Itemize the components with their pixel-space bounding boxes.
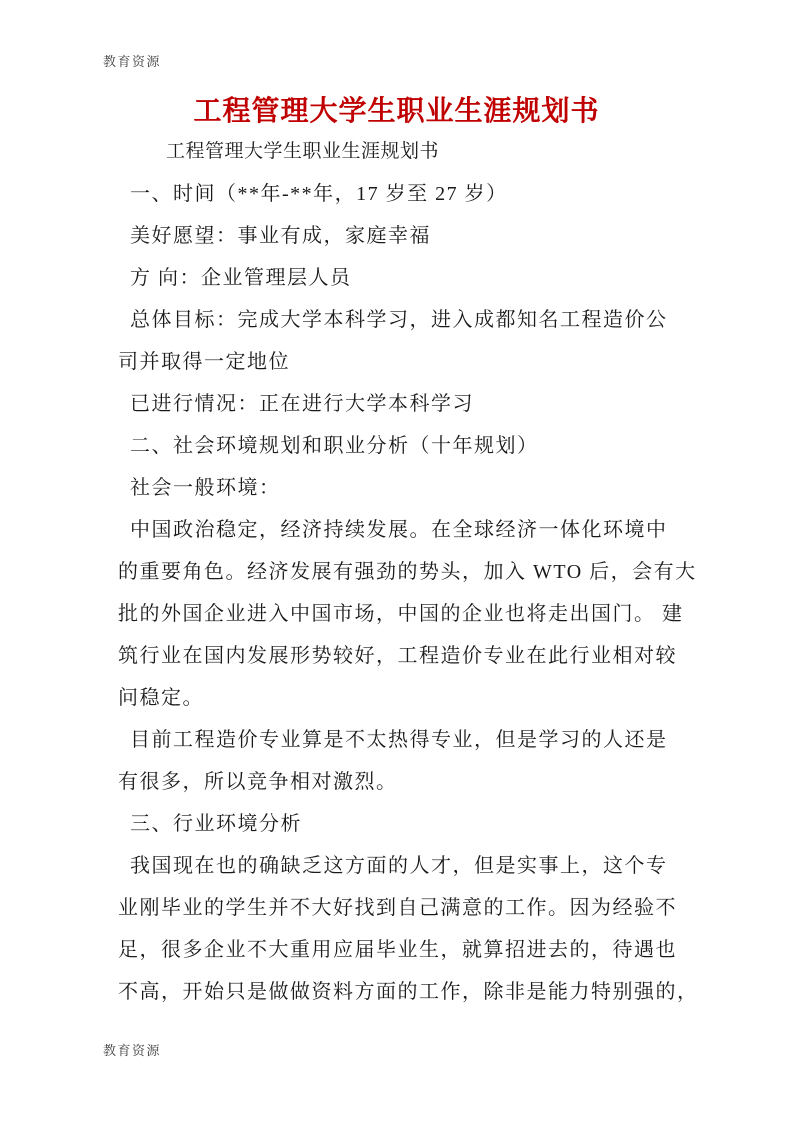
paragraph-direction: 方 向：企业管理层人员	[118, 257, 693, 299]
paragraph-wish: 美好愿望：事业有成，家庭幸福	[118, 215, 693, 257]
document-body: 工程管理大学生职业生涯规划书 一、时间（**年-**年，17 岁至 27 岁） …	[0, 131, 793, 1013]
paragraph-section-two-heading: 二、社会环境规划和职业分析（十年规划）	[118, 425, 693, 467]
footer-watermark: 教育资源	[103, 1040, 161, 1059]
paragraph-progress: 已进行情况：正在进行大学本科学习	[118, 383, 693, 425]
paragraph-industry-analysis-body: 我国现在也的确缺乏这方面的人才，但是实事上，这个专 业刚毕业的学生并不大好找到自…	[118, 845, 693, 1013]
paragraph-social-env-body: 中国政治稳定，经济持续发展。在全球经济一体化环境中 的重要角色。经济发展有强劲的…	[118, 509, 693, 719]
document-page: 教育资源 工程管理大学生职业生涯规划书 工程管理大学生职业生涯规划书 一、时间（…	[0, 0, 793, 1122]
header-watermark: 教育资源	[103, 51, 161, 70]
document-title: 工程管理大学生职业生涯规划书	[0, 93, 793, 131]
paragraph-overall-goal: 总体目标：完成大学本科学习，进入成都知名工程造价公 司并取得一定地位	[118, 299, 693, 383]
paragraph-section-three-heading: 三、行业环境分析	[118, 803, 693, 845]
document-subtitle: 工程管理大学生职业生涯规划书	[118, 131, 693, 173]
paragraph-social-env-label: 社会一般环境：	[118, 467, 693, 509]
paragraph-time: 一、时间（**年-**年，17 岁至 27 岁）	[118, 173, 693, 215]
paragraph-major-competition: 目前工程造价专业算是不太热得专业，但是学习的人还是 有很多，所以竞争相对激烈。	[118, 719, 693, 803]
